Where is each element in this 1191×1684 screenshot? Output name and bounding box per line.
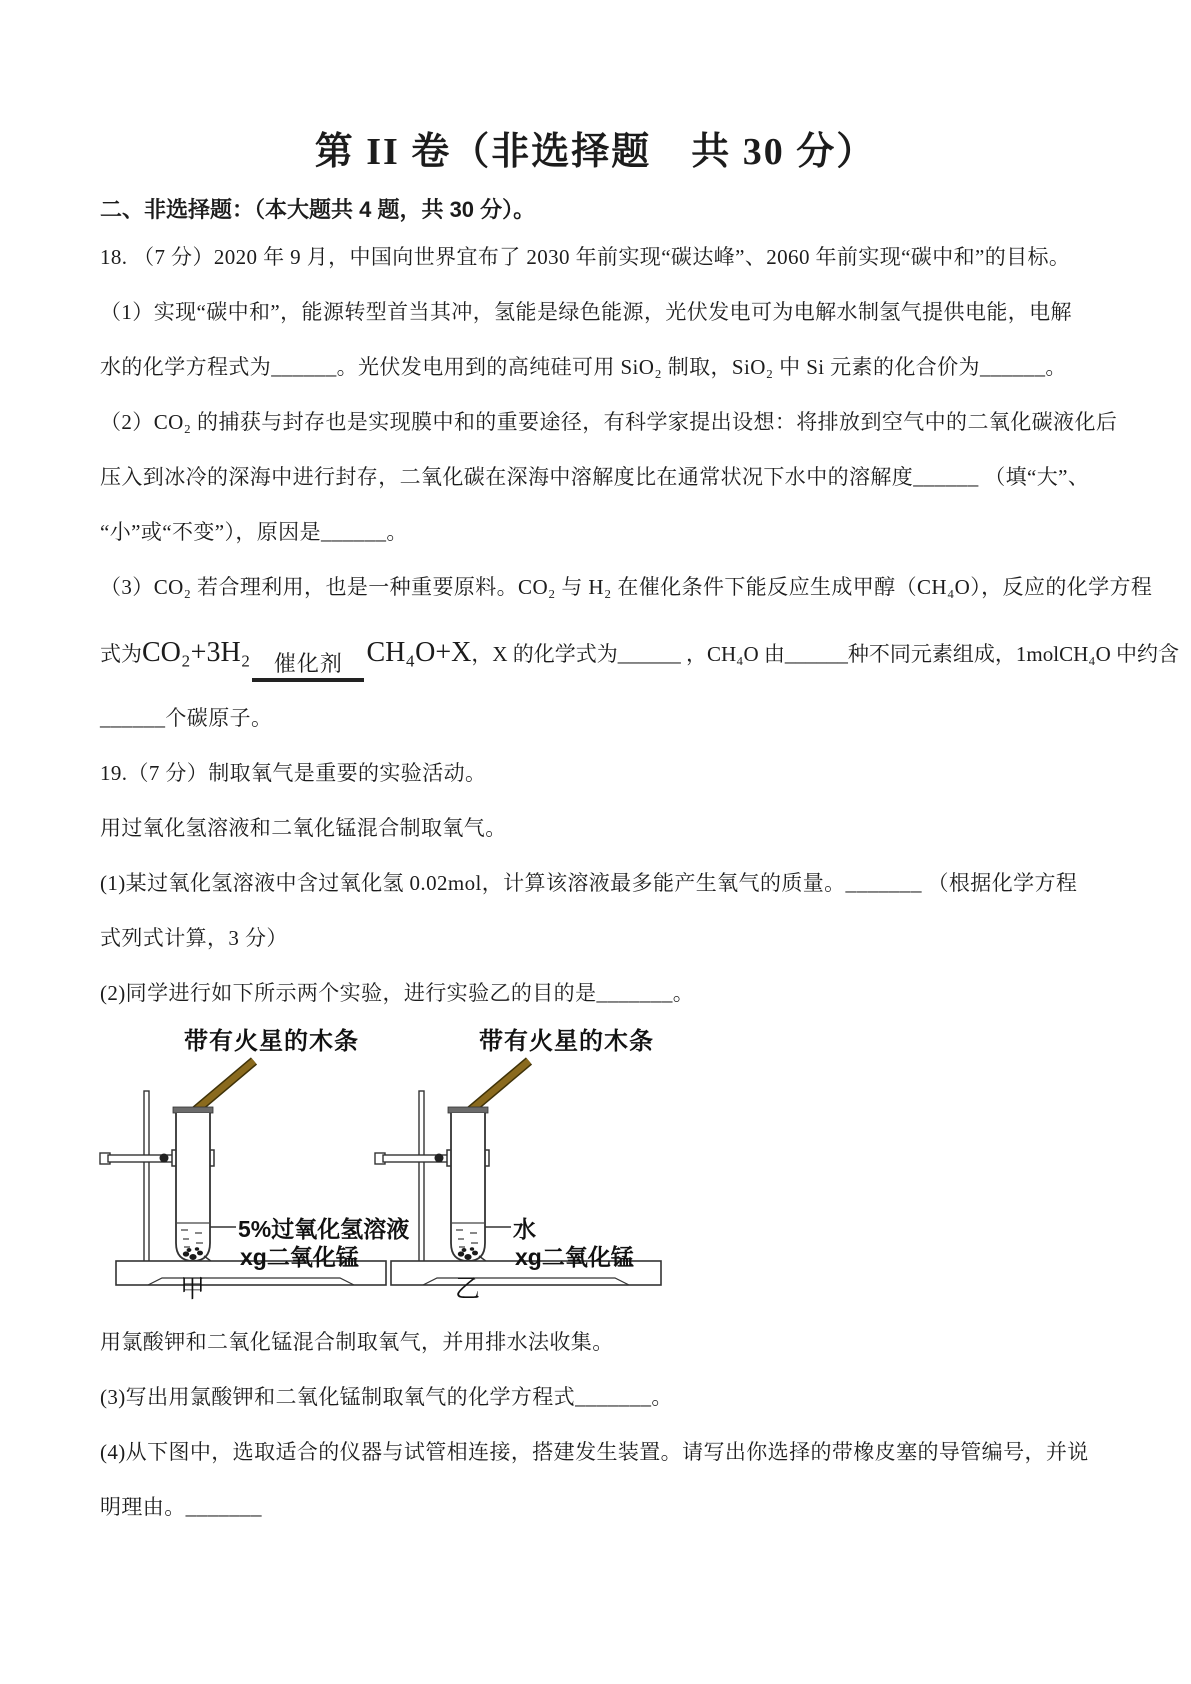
q18-part2-line2: 压入到冰冷的深海中进行封存，二氧化碳在深海中溶解度比在通常状况下水中的溶解度__… <box>100 450 1091 505</box>
q19-part3-line: (3)写出用氯酸钾和二氧化锰制取氧气的化学方程式_______。 <box>100 1370 1091 1425</box>
test-tube <box>176 1113 210 1261</box>
catalyst-condition: 催化剂 <box>252 652 364 682</box>
q18-equation-line: 式为CO₂+3H₂催化剂CH₄O+X，X 的化学式为______ ，CH₄O 由… <box>100 615 1091 691</box>
q19-method2-line: 用氯酸钾和二氧化锰混合制取氧气，并用排水法收集。 <box>100 1315 1091 1370</box>
catalyst-label: 催化剂 <box>274 652 343 676</box>
test-tube <box>451 1113 485 1261</box>
equation-lhs: CO₂+3H₂ <box>142 637 250 668</box>
equation-suffix: ，X 的化学式为______ ，CH₄O 由______种不同元素组成，1mol… <box>471 642 1179 666</box>
q19-method1-line: 用过氧化氢溶液和二氧化锰混合制取氧气。 <box>100 801 1091 856</box>
clamp-knob <box>160 1154 169 1163</box>
clamp-knob <box>435 1154 444 1163</box>
q18-part1-line1: （1）实现“碳中和”，能源转型首当其冲，氢能是绿色能源，光伏发电可为电解水制氢气… <box>100 285 1091 340</box>
q18-part2-line3: “小”或“不变”），原因是______。 <box>100 505 1091 560</box>
equation-rhs: CH₄O+X <box>366 637 471 668</box>
splint-label: 带有火星的木条 <box>184 1021 359 1056</box>
q19-part4-line2: 明理由。_______ <box>100 1480 1091 1535</box>
q19-part4-line1: (4)从下图中，选取适合的仪器与试管相连接，搭建发生装置。请写出你选择的带橡皮塞… <box>100 1425 1091 1480</box>
splint-label: 带有火星的木条 <box>479 1021 654 1056</box>
figure-caption-yi: 乙 <box>455 1269 480 1305</box>
figure-caption-jia: 甲 <box>180 1269 205 1305</box>
exam-page: 第 II 卷（非选择题 共 30 分） 二、非选择题：（本大题共 4 题，共 3… <box>0 0 1191 1684</box>
q19-intro-line: 19.（7 分）制取氧气是重要的实验活动。 <box>100 746 1091 801</box>
stand-rod <box>419 1091 424 1265</box>
stand-rod <box>144 1091 149 1265</box>
experiment-figure: 带有火星的木条 <box>100 1025 1091 1313</box>
q19-part2-line: (2)同学进行如下所示两个实验，进行实验乙的目的是_______。 <box>100 966 1091 1021</box>
test-tube-rim <box>448 1107 488 1113</box>
q18-part1-line2: 水的化学方程式为______。光伏发电用到的高纯硅可用 SiO₂ 制取，SiO₂… <box>100 340 1091 395</box>
q19-part1-line1: (1)某过氧化氢溶液中含过氧化氢 0.02mol，计算该溶液最多能产生氧气的质量… <box>100 856 1091 911</box>
solid-label: xg二氧化锰 <box>240 1239 359 1272</box>
section-heading: 二、非选择题：（本大题共 4 题，共 30 分）。 <box>100 196 1091 224</box>
page-title: 第 II 卷（非选择题 共 30 分） <box>100 126 1091 178</box>
test-tube-rim <box>173 1107 213 1113</box>
apparatus-yi: 带有火星的木条 <box>375 1025 705 1313</box>
q18-part3-line3: ______个碳原子。 <box>100 691 1091 746</box>
q18-part2-line1: （2）CO₂ 的捕获与封存也是实现膜中和的重要途径，有科学家提出设想：将排放到空… <box>100 395 1091 450</box>
equation-double-line <box>252 678 364 682</box>
equation-prefix: 式为 <box>100 642 142 666</box>
q18-part3-line1: （3）CO₂ 若合理利用，也是一种重要原料。CO₂ 与 H₂ 在催化条件下能反应… <box>100 560 1091 615</box>
solid-label: xg二氧化锰 <box>515 1239 634 1272</box>
q18-intro-line: 18. （7 分）2020 年 9 月，中国向世界宜布了 2030 年前实现“碳… <box>100 230 1091 285</box>
q19-part1-line2: 式列式计算，3 分） <box>100 911 1091 966</box>
